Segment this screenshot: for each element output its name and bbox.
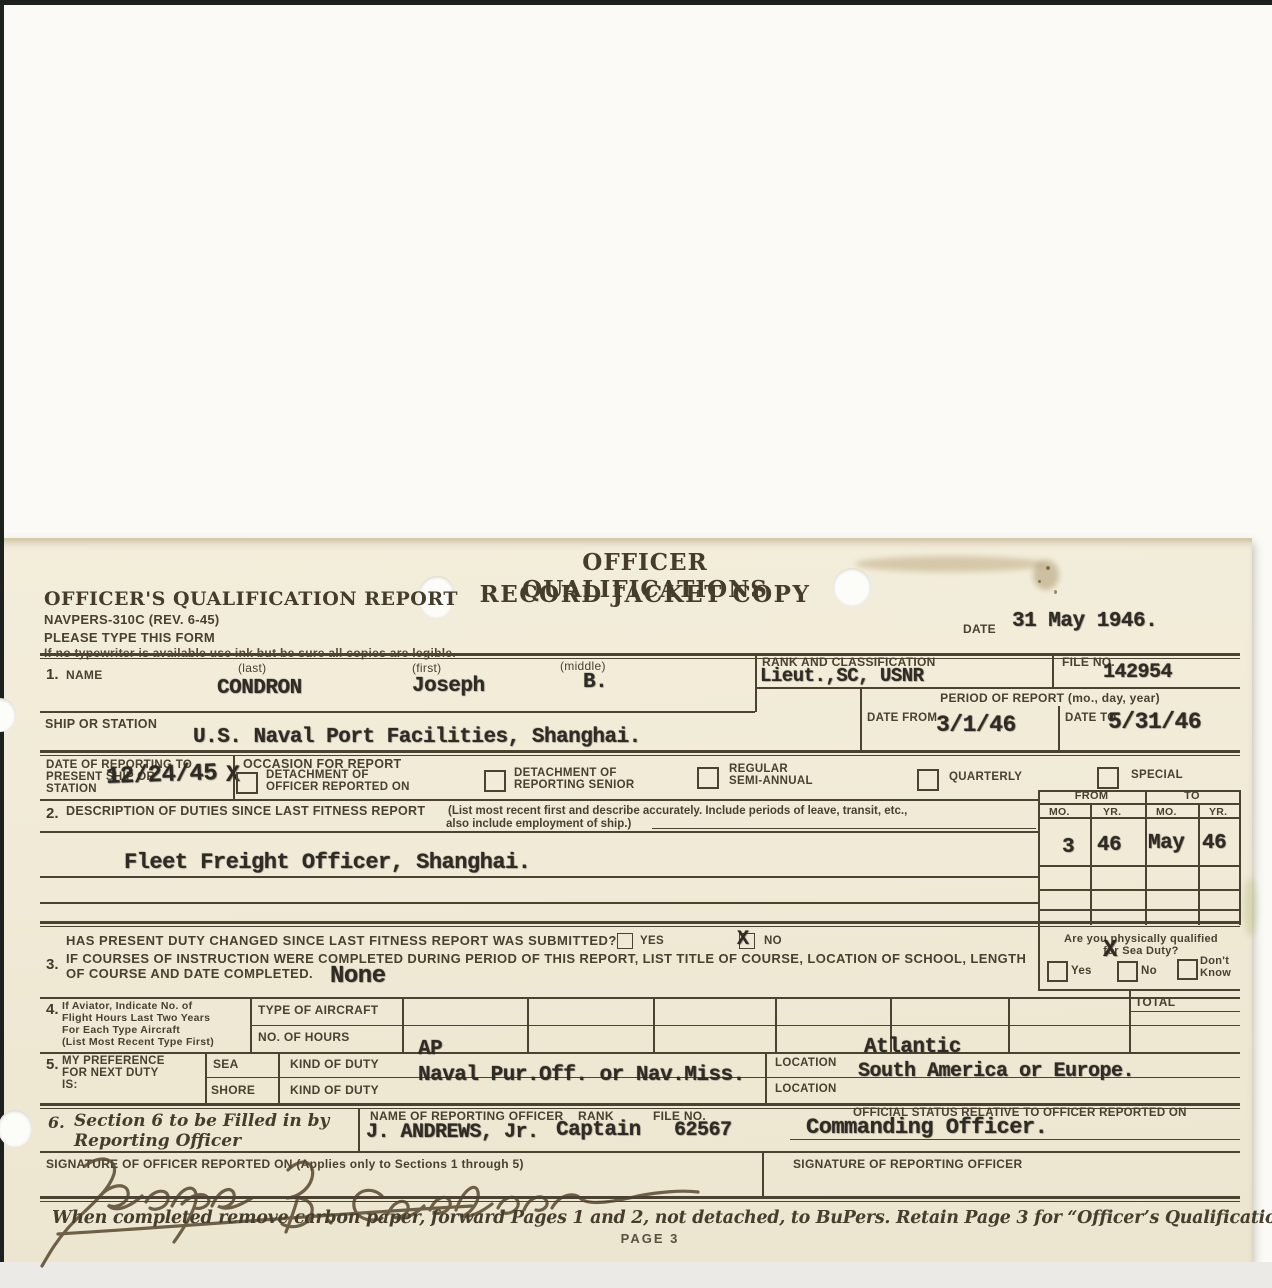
aviator-label: For Each Type Aircraft (62, 1024, 180, 1036)
sea-kind-value: AP (418, 1038, 442, 1061)
reporting-officer-rank-value: Captain (556, 1119, 641, 1142)
duties-label: DESCRIPTION OF DUTIES SINCE LAST FITNESS… (66, 804, 425, 818)
rule (40, 997, 1240, 999)
divider (1145, 790, 1147, 925)
preference-label: MY PREFERENCE (62, 1055, 165, 1067)
paper-speck (1046, 566, 1050, 570)
preference-label: FOR NEXT DUTY (62, 1067, 159, 1079)
paper-speck (1054, 590, 1057, 594)
courses-value: None (330, 963, 386, 990)
divider (755, 656, 757, 712)
rule (1038, 817, 1240, 819)
duty-no-x-mark: X (737, 928, 749, 951)
sea-location-value: Atlantic (864, 1036, 961, 1059)
divider (860, 688, 862, 752)
hours-label: NO. OF HOURS (258, 1030, 350, 1044)
divider (1058, 706, 1060, 752)
date-to-value: 5/31/46 (1108, 709, 1201, 735)
location-label: LOCATION (775, 1083, 837, 1095)
occasion-option-label: DETACHMENT OF (266, 769, 369, 781)
footer-instruction: When completed remove carbon paper, forw… (52, 1208, 1272, 1228)
section6-label: Section 6 to be Filled in by (74, 1111, 329, 1131)
kind-of-duty-label: KIND OF DUTY (290, 1057, 379, 1071)
rule (40, 876, 1038, 878)
ship-value: U.S. Naval Port Facilities, Shanghai. (193, 726, 641, 749)
name-last-value: CONDRON (217, 677, 302, 700)
reporting-officer-file-value: 62567 (674, 1119, 732, 1142)
divider (1198, 803, 1200, 925)
checkbox-detachment-senior (484, 770, 506, 792)
rank-value: Lieut.,SC, USNR (760, 665, 924, 687)
rule (40, 1201, 1240, 1202)
form-number: NAVPERS-310C (REV. 6-45) (44, 612, 220, 627)
rule (652, 828, 1036, 829)
sea-duty-question: Are you physically qualified (1043, 933, 1239, 945)
name-middle-value: B. (583, 671, 607, 694)
jacket-title-line2: RECORD JACKET COPY (465, 581, 825, 608)
divider (205, 1052, 207, 1104)
name-last-caption: (last) (238, 661, 266, 675)
divider (762, 1151, 764, 1196)
page-number: PAGE 3 (600, 1231, 700, 1246)
rule (1129, 1011, 1240, 1012)
occasion-option-label: SEMI-ANNUAL (729, 775, 813, 787)
divider (1038, 790, 1040, 925)
occasion-option-label: SPECIAL (1131, 769, 1183, 781)
rule (40, 926, 1240, 927)
rule (40, 658, 1240, 659)
duties-value: Fleet Freight Officer, Shanghai. (124, 850, 530, 875)
checkbox-seaduty-dontknow (1177, 959, 1198, 980)
rule (1038, 865, 1240, 867)
reporting-date-value: 12/24/45 (106, 760, 218, 791)
report-title: OFFICER'S QUALIFICATION REPORT (44, 588, 458, 610)
reporting-date-label: STATION (46, 783, 97, 795)
section6-number: 6. (48, 1113, 65, 1132)
paper-speck (1038, 580, 1041, 583)
rule (40, 799, 1038, 801)
shore-location-value: South America or Europe. (858, 1060, 1134, 1083)
name-first-value: Joseph (412, 675, 485, 698)
rule (40, 831, 1038, 833)
paper-stain (1033, 560, 1059, 590)
aviator-label: If Aviator, Indicate No. of (62, 1000, 192, 1012)
divider (1052, 656, 1054, 688)
duties-label-paren: (List most recent first and describe acc… (448, 805, 907, 817)
checkbox-detachment-officer (236, 772, 258, 794)
occasion-option-label: REPORTING SENIOR (514, 779, 634, 791)
divider (1038, 925, 1040, 990)
rule (40, 750, 1240, 753)
courses-label: OF COURSE AND DATE COMPLETED. (66, 966, 313, 981)
from-yr-value: 46 (1097, 834, 1121, 857)
divider (1239, 790, 1241, 925)
rule (40, 1052, 1240, 1054)
kind-of-duty-label: KIND OF DUTY (290, 1083, 379, 1097)
ship-label: SHIP OR STATION (45, 717, 157, 731)
duty-changed-question: HAS PRESENT DUTY CHANGED SINCE LAST FITN… (66, 933, 617, 948)
reporting-officer-name-value: J. ANDREWS, Jr. (366, 1121, 539, 1144)
divider (653, 997, 655, 1052)
checkbox-regular-semiannual (697, 767, 719, 789)
rule (250, 1025, 1240, 1026)
checkbox-duty-yes (617, 933, 633, 949)
from-header: FROM (1038, 790, 1145, 802)
shore-kind-value: Naval Pur.Off. or Nav.Miss. (418, 1064, 745, 1087)
name-label: NAME (66, 668, 103, 682)
rule (1038, 803, 1240, 805)
sea-row-label: SEA (213, 1057, 239, 1071)
shore-row-label: SHORE (211, 1083, 255, 1097)
divider (402, 997, 404, 1052)
section2-number: 2. (46, 805, 59, 822)
rule (1038, 909, 1240, 911)
rule (1038, 989, 1240, 991)
section5-number: 5. (46, 1056, 59, 1073)
checkbox-seaduty-yes (1047, 961, 1068, 982)
scan-edge-left (0, 0, 4, 1288)
official-status-value: Commanding Officer. (806, 1115, 1047, 1140)
rule (40, 921, 1240, 924)
rule (40, 902, 1038, 904)
rule (1038, 889, 1240, 891)
rule (755, 687, 1240, 689)
section1-number: 1. (46, 666, 59, 683)
divider (358, 1109, 360, 1152)
rule (40, 653, 1240, 656)
sea-duty-x-mark: X (1103, 937, 1117, 964)
rule (40, 1196, 1240, 1199)
period-of-report-label: PERIOD OF REPORT (mo., day, year) (860, 691, 1240, 705)
date-label: DATE (963, 622, 996, 636)
seaduty-no-label: No (1141, 965, 1157, 977)
rule (40, 711, 755, 713)
from-mo-value: 3 (1062, 836, 1074, 859)
aviator-label: Flight Hours Last Two Years (62, 1012, 210, 1024)
occasion-option-label: OFFICER REPORTED ON (266, 781, 410, 793)
aircraft-type-label: TYPE OF AIRCRAFT (258, 1003, 378, 1017)
occasion-option-label: DETACHMENT OF (514, 767, 617, 779)
checkbox-quarterly (917, 769, 939, 791)
to-yr-value: 46 (1202, 832, 1226, 855)
hole-punch (833, 568, 871, 606)
scan-edge-top (0, 0, 1272, 5)
rule (40, 1103, 1240, 1106)
divider (775, 997, 777, 1052)
name-first-caption: (first) (412, 661, 441, 675)
file-no-value: 142954 (1103, 661, 1172, 684)
divider (278, 1052, 280, 1104)
paper-stain (1243, 878, 1257, 936)
divider (527, 997, 529, 1052)
reporting-signature-label: SIGNATURE OF REPORTING OFFICER (793, 1157, 1022, 1171)
section3-number: 3. (46, 956, 59, 973)
duty-yes-label: YES (640, 935, 664, 947)
date-from-value: 3/1/46 (936, 712, 1016, 738)
location-label: LOCATION (775, 1057, 837, 1069)
preference-label: IS: (62, 1079, 78, 1091)
paper-stain (855, 556, 1045, 572)
date-from-label: DATE FROM (867, 712, 937, 724)
scanned-document: OFFICER QUALIFICATIONS RECORD JACKET COP… (0, 0, 1272, 1288)
occasion-option-label: QUARTERLY (949, 771, 1022, 783)
seaduty-yes-label: Yes (1071, 965, 1092, 977)
aviator-label: (List Most Recent Type First) (62, 1036, 214, 1048)
to-header: TO (1145, 790, 1239, 802)
rule (790, 1139, 1240, 1140)
seaduty-dontknow-label: Don't (1200, 955, 1229, 967)
to-mo-value: May (1148, 832, 1184, 855)
divider (765, 1052, 767, 1104)
checkbox-special (1097, 767, 1119, 789)
occasion-option-label: REGULAR (729, 763, 788, 775)
divider (1090, 803, 1092, 925)
seaduty-dontknow-label: Know (1200, 967, 1231, 979)
courses-label: IF COURSES OF INSTRUCTION WERE COMPLETED… (66, 951, 1026, 966)
duty-no-label: NO (764, 935, 782, 947)
duties-label-paren: also include employment of ship.) (446, 818, 631, 830)
section4-number: 4. (46, 1001, 59, 1018)
rule (40, 755, 1240, 756)
type-instruction: PLEASE TYPE THIS FORM (44, 630, 215, 645)
date-value: 31 May 1946. (1012, 610, 1157, 633)
checkbox-seaduty-no (1117, 961, 1138, 982)
divider (1008, 997, 1010, 1052)
